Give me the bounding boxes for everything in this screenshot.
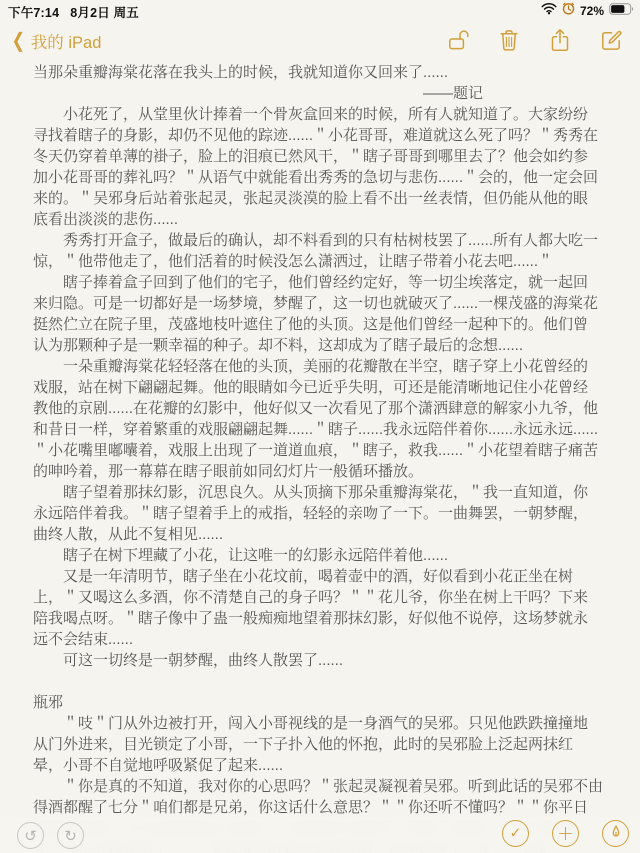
note-line: 上，＂又喝这么多酒，你不清楚自己的身子吗？＂＂花儿爷，你坐在树上干吗？下来 [33, 587, 613, 608]
compose-icon [599, 28, 623, 52]
pen-icon [608, 824, 624, 844]
note-line: 认为那颗种子是一颗幸福的种子。却不料，这却成为了瞎子最后的念想...... [33, 335, 613, 356]
note-line: ——题记 [33, 83, 613, 104]
note-line: 底看出淡淡的悲伤...... [33, 209, 613, 230]
undo-button[interactable]: ↺ [17, 822, 44, 849]
wifi-icon [541, 2, 557, 20]
toolbar-right-group: ✓ + [502, 820, 629, 847]
note-line: 寻找着瞎子的身影，却仍不见他的踪迹......＂小花哥哥，难道就这么死了吗？＂秀… [33, 125, 613, 146]
note-line: 可这一切终是一朝梦醒，曲终人散罢了...... [33, 650, 613, 671]
note-line: 惊，＂他带他走了，他们活着的时候没怎么潇洒过，让瞎子带着小花去吧......＂ [33, 251, 613, 272]
note-line: 加小花哥哥的葬礼吗？＂从语气中就能看出秀秀的急切与悲伤......＂会的，他一定… [33, 167, 613, 188]
note-line: 教他的京剧......在花瓣的幻影中，他好似又一次看见了那个潇洒肆意的解家小九爷… [33, 398, 613, 419]
note-line: 晕，小哥不自觉地呼吸紧促了起来...... [33, 755, 613, 776]
note-line: 挺然伫立在院子里，茂盛地枝叶遮住了他的头顶。这是他们曾经一起种下的。他们曾 [33, 314, 613, 335]
redo-button[interactable]: ↻ [57, 822, 84, 849]
note-line: 和昔日一样，穿着繁重的戏服翩翩起舞......＂瞎子......我永远陪伴着你.… [33, 419, 613, 440]
note-line: 瓶邪 [33, 692, 613, 713]
note-body[interactable]: 当那朵重瓣海棠花落在我头上的时候，我就知道你又回来了......——题记 小花死… [33, 62, 613, 853]
status-right-cluster: 72% [541, 3, 634, 18]
markup-button[interactable] [602, 820, 629, 847]
note-line: 远不会结束...... [33, 629, 613, 650]
back-button[interactable]: ❮ 我的 iPad [10, 29, 101, 53]
note-line: 瞎子捧着盒子回到了他们的宅子，他们曾经约定好，等一切尘埃落定，就一起回 [33, 272, 613, 293]
battery-icon [609, 2, 634, 20]
unlock-icon [447, 28, 470, 52]
unlock-button[interactable] [446, 27, 470, 53]
undo-redo-group: ↺ ↻ [17, 822, 84, 849]
delete-note-button[interactable] [497, 27, 521, 53]
check-icon: ✓ [510, 825, 522, 841]
bottom-toolbar: ↺ ↻ ✓ + [0, 817, 640, 853]
note-line: 戏服，站在树下翩翩起舞。他的眼睛如今已近乎失明，可还是能清晰地记住小花曾经 [33, 377, 613, 398]
status-time: 下午7:14 [8, 3, 59, 21]
checklist-button[interactable]: ✓ [502, 820, 529, 847]
note-line: 又是一年清明节，瞎子坐在小花坟前，喝着壶中的酒，好似看到小花正坐在树 [33, 566, 613, 587]
status-date: 8月2日 周五 [70, 3, 139, 21]
note-line: ＂小花嘴里嘟囔着，戏服上出现了一道道血痕，＂瞎子，救我......＂小花望着瞎子… [33, 440, 613, 461]
note-line: 冬天仍穿着单薄的褂子，脸上的泪痕已然风干，＂瞎子哥哥到哪里去了？他会如约参 [33, 146, 613, 167]
status-bar: 下午7:14 8月2日 周五 72% [0, 0, 640, 21]
note-line: 曲终人散，从此不复相见...... [33, 524, 613, 545]
note-line: 陪我喝点呀。＂瞎子像中了蛊一般痴痴地望着那抹幻影，好似他不说停，这场梦就永 [33, 608, 613, 629]
back-button-label: 我的 iPad [31, 29, 102, 53]
note-line: ＂你是真的不知道，我对你的心思吗？＂张起灵凝视着吴邪。听到此话的吴邪不由 [33, 776, 613, 797]
status-time-date: 下午7:14 8月2日 周五 [8, 3, 139, 21]
note-line: 来归隐。可是一切都好是一场梦境，梦醒了，这一切也就破灭了......一棵茂盛的海… [33, 293, 613, 314]
note-line: 瞎子在树下埋藏了小花，让这唯一的幻影永远陪伴着他...... [33, 545, 613, 566]
note-line: 当那朵重瓣海棠花落在我头上的时候，我就知道你又回来了...... [33, 62, 613, 83]
nav-bar: ❮ 我的 iPad [0, 22, 640, 60]
note-line: 小花死了，从堂里伙计捧着一个骨灰盒回来的时候，所有人就知道了。大家纷纷 [33, 104, 613, 125]
note-line: 来的。＂吴邪身后站着张起灵，张起灵淡漠的脸上看不出一丝表情，但仍能从他的眼 [33, 188, 613, 209]
chevron-left-icon: ❮ [12, 30, 25, 52]
note-line: 瞎子望着那抹幻影，沉思良久。从头顶摘下那朵重瓣海棠花，＂我一直知道，你 [33, 482, 613, 503]
note-line: 的呻吟着，那一幕幕在瞎子眼前如同幻灯片一般循环播放。 [33, 461, 613, 482]
share-button[interactable] [548, 27, 572, 53]
note-line: ＂吱＂门从外边被打开，闯入小哥视线的是一身酒气的吴邪。只见他跌跌撞撞地 [33, 713, 613, 734]
note-line: 一朵重瓣海棠花轻轻落在他的头顶，美丽的花瓣散在半空，瞎子穿上小花曾经的 [33, 356, 613, 377]
alarm-clock-icon [562, 2, 575, 20]
compose-button[interactable] [599, 27, 623, 53]
trash-icon [498, 28, 520, 52]
note-line: 永远陪伴着我。＂瞎子望着手上的戒指，轻轻的亲吻了一下。一曲舞罢，一朝梦醒， [33, 503, 613, 524]
note-line: 从门外进来，目光锁定了小哥，一下子扑入他的怀抱，此时的吴邪脸上泛起两抹红 [33, 734, 613, 755]
add-button[interactable]: + [552, 820, 579, 847]
plus-icon: + [557, 821, 574, 845]
nav-icon-group [446, 27, 623, 53]
note-line [33, 671, 613, 692]
share-icon [549, 27, 571, 53]
note-line: 得酒都醒了七分＂咱们都是兄弟，你这话什么意思？＂＂你还听不懂吗？＂＂你平日 [33, 797, 613, 818]
undo-icon: ↺ [24, 827, 37, 845]
battery-percent-label: 72% [580, 4, 604, 18]
redo-icon: ↻ [64, 827, 77, 845]
note-line: 秀秀打开盒子，做最后的确认，却不料看到的只有枯树枝罢了......所有人都大吃一 [33, 230, 613, 251]
